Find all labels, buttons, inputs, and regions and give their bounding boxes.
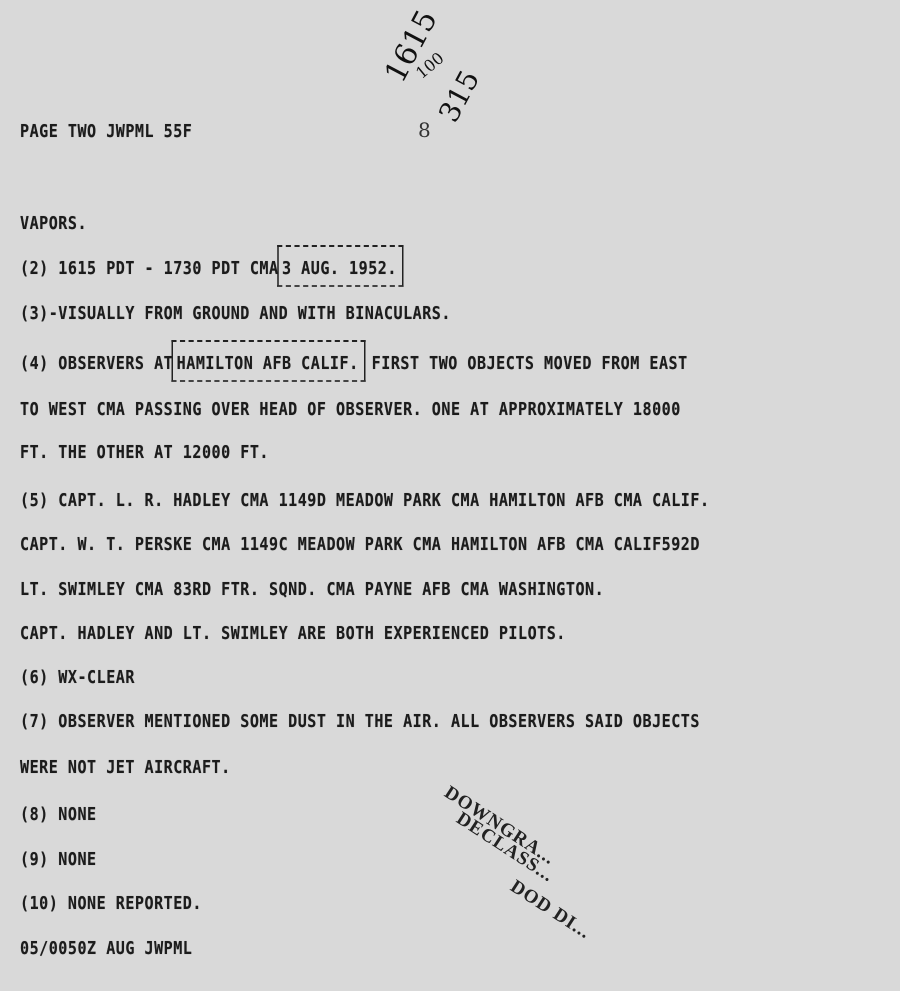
- line-vapors: VAPORS.: [20, 214, 87, 234]
- line-item-7b: WERE NOT JET AIRCRAFT.: [20, 758, 231, 778]
- line-item-5d: CAPT. HADLEY AND LT. SWIMLEY ARE BOTH EX…: [20, 624, 566, 644]
- line-item-10: (10) NONE REPORTED.: [20, 894, 202, 914]
- item-2-prefix: (2) 1615 PDT - 1730 PDT CMA: [20, 259, 279, 279]
- line-item-4c: FT. THE OTHER AT 12000 FT.: [20, 443, 269, 463]
- item-4-suffix: FIRST TWO OBJECTS MOVED FROM EAST: [362, 354, 688, 374]
- handwritten-note-315: 315: [432, 65, 486, 128]
- line-item-7a: (7) OBSERVER MENTIONED SOME DUST IN THE …: [20, 712, 700, 732]
- handwritten-note-8: 8: [418, 118, 431, 142]
- declassification-stamp-line-3: DOD DI...: [506, 876, 595, 944]
- line-item-6: (6) WX-CLEAR: [20, 668, 135, 688]
- line-item-5c: LT. SWIMLEY CMA 83RD FTR. SQND. CMA PAYN…: [20, 580, 604, 600]
- item-4-prefix: (4) OBSERVERS AT: [20, 354, 173, 374]
- line-item-2: (2) 1615 PDT - 1730 PDT CMA3 AUG. 1952.: [20, 259, 400, 279]
- handwritten-note-1615: 1615: [378, 5, 445, 89]
- line-item-3: (3)-VISUALLY FROM GROUND AND WITH BINACU…: [20, 304, 451, 324]
- line-item-4b: TO WEST CMA PASSING OVER HEAD OF OBSERVE…: [20, 400, 681, 420]
- line-item-8: (8) NONE: [20, 805, 97, 825]
- page-header: PAGE TWO JWPML 55F: [20, 122, 192, 142]
- line-item-5a: (5) CAPT. L. R. HADLEY CMA 1149D MEADOW …: [20, 491, 710, 511]
- location-box: HAMILTON AFB CALIF.: [173, 354, 362, 374]
- date-box: 3 AUG. 1952.: [279, 259, 401, 279]
- line-item-5b: CAPT. W. T. PERSKE CMA 1149C MEADOW PARK…: [20, 535, 700, 555]
- line-item-9: (9) NONE: [20, 850, 97, 870]
- line-item-4a: (4) OBSERVERS ATHAMILTON AFB CALIF. FIRS…: [20, 354, 688, 374]
- date-time-group: 05/0050Z AUG JWPML: [20, 939, 192, 959]
